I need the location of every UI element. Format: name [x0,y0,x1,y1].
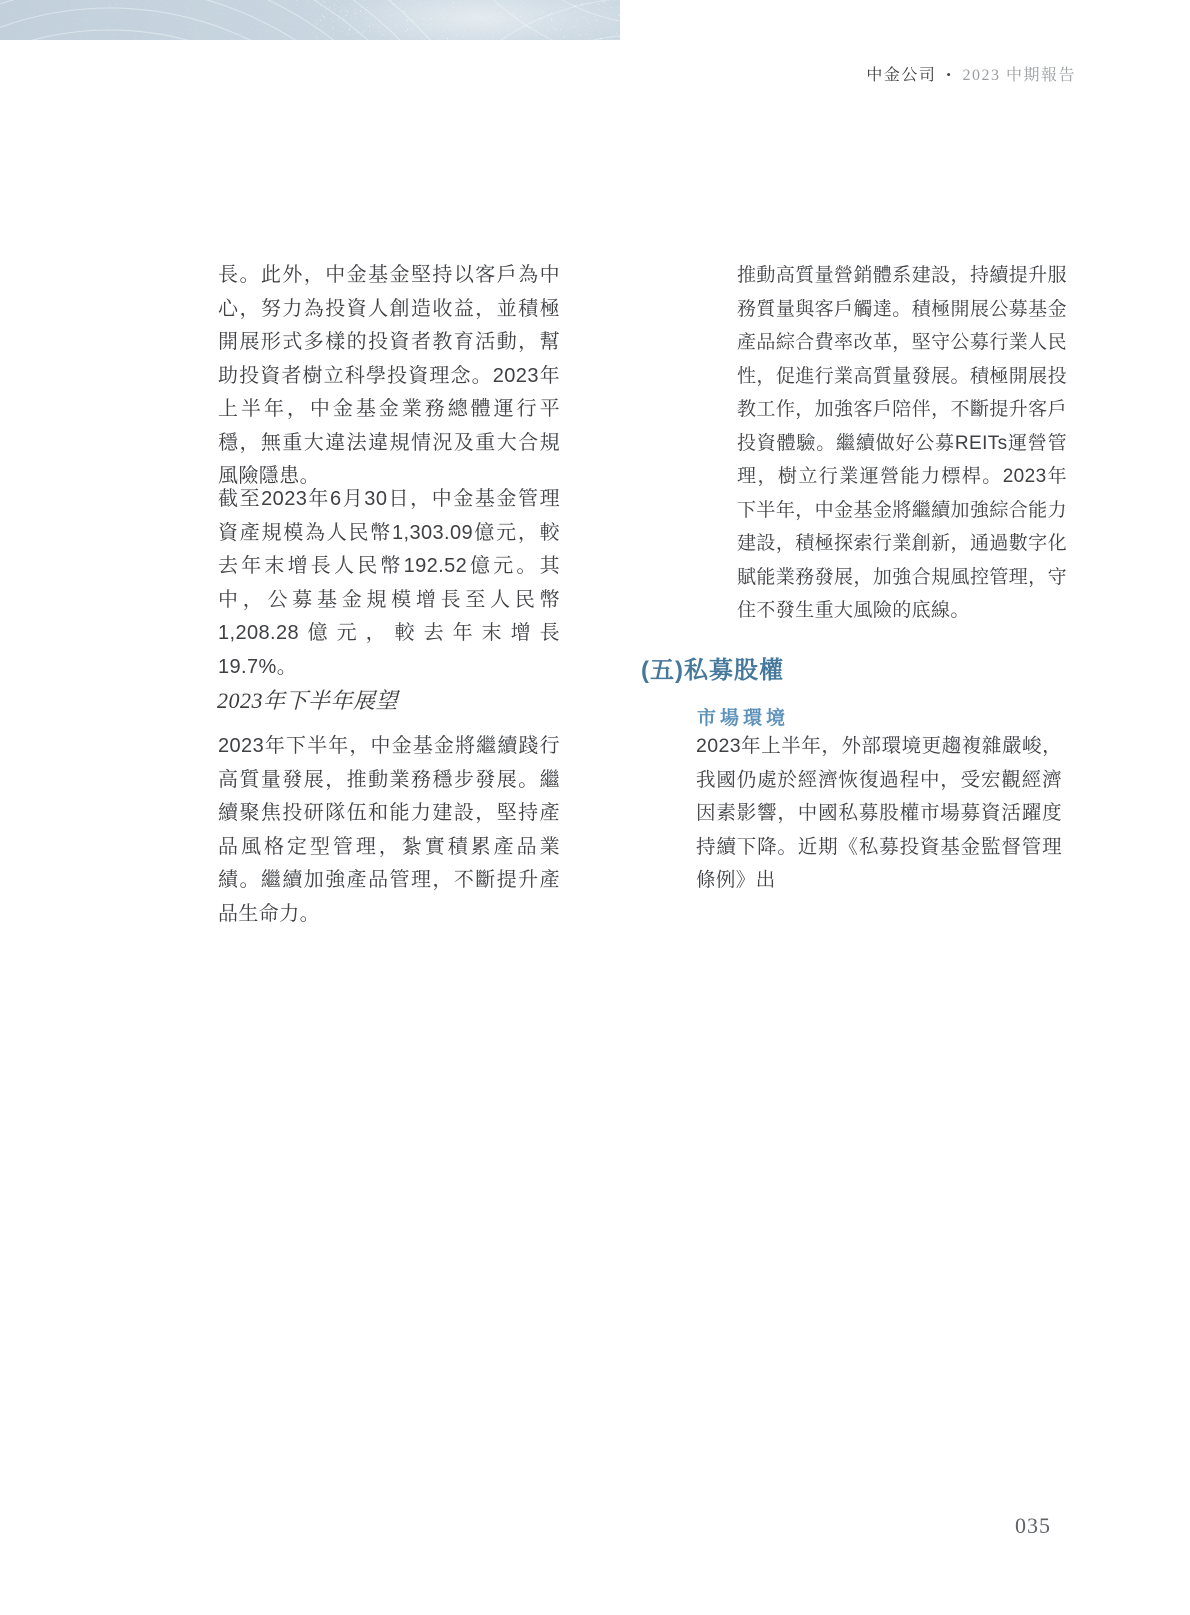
page-number: 035 [1015,1513,1051,1539]
subheading-market-environment: 市場環境 [697,703,789,730]
left-paragraph-3: 2023年下半年，中金基金將繼續踐行高質量發展，推動業務穩步發展。繼續聚焦投研隊… [218,730,560,931]
outlook-heading: 2023年下半年展望 [217,684,398,715]
running-header: 中金公司•2023 中期報告 [866,62,1076,85]
header-company-name: 中金公司 [866,67,936,84]
right-paragraph-2: 2023年上半年，外部環境更趨複雜嚴峻，我國仍處於經濟恢復過程中，受宏觀經濟因素… [696,730,1062,898]
left-paragraph-2: 截至2023年6月30日，中金基金管理資產規模為人民幣1,303.09億元，較去… [218,483,560,684]
report-page: 中金公司•2023 中期報告 長。此外，中金基金堅持以客戶為中心，努力為投資人創… [0,0,1190,1615]
right-paragraph-1: 推動高質量營銷體系建設，持續提升服務質量與客戶觸達。積極開展公募基金產品綜合費率… [737,259,1067,628]
header-bullet-separator: • [946,67,952,82]
left-paragraph-1: 長。此外，中金基金堅持以客戶為中心，努力為投資人創造收益，並積極開展形式多樣的投… [218,259,560,494]
section-heading-private-equity: (五)私募股權 [641,650,784,685]
header-report-title: 2023 中期報告 [962,67,1076,84]
wave-pattern-art [0,0,620,40]
banner-decoration [0,0,620,40]
